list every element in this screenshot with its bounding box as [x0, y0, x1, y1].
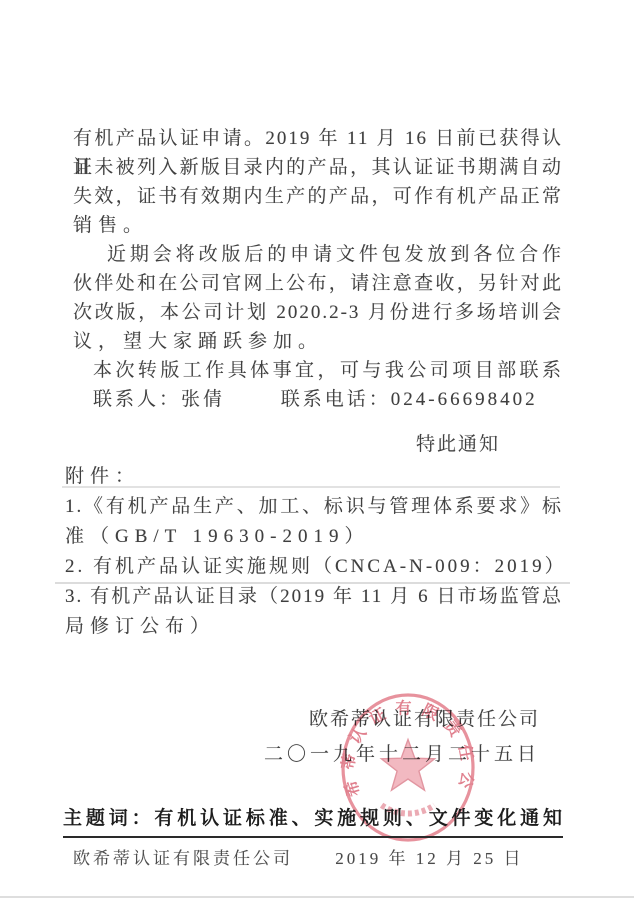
attachment-line: 准（GB/T 19630-2019） — [65, 522, 563, 552]
attachment-line: 3. 有机产品认证目录（2019 年 11 月 6 日市场监管总 — [65, 582, 563, 612]
body-line: 近期会将改版后的申请文件包发放到各位合作 — [73, 240, 563, 269]
attachments-block: 1.《有机产品生产、加工、标识与管理体系要求》标 准（GB/T 19630-20… — [65, 492, 563, 642]
scanned-notice-page: 有机产品认证申请。2019 年 11 月 16 日前已获得认证 且未被列入新版目… — [0, 0, 634, 900]
body-line: 次改版，本公司计划 2020.2-3 月份进行多场培训会 — [73, 298, 563, 327]
body-line: 销售。 — [73, 211, 563, 240]
footer-issuer-line: 欧希蒂认证有限责任公司 2019 年 12 月 25 日 — [73, 847, 613, 871]
body-line: 伙伴处和在公司官网上公布，请注意查收，另针对此 — [73, 269, 563, 298]
signature-date: 二〇一九年十二月二十五日 — [0, 737, 540, 772]
body-line: 议，望大家踊跃参加。 — [73, 327, 563, 356]
contact-person: 联系人：张倩 — [93, 389, 225, 410]
body-line: 失效，证书有效期内生产的产品，可作有机产品正常 — [73, 182, 563, 211]
subject-keywords-line: 主题词：有机认证标准、实施规则、文件变化通知 — [63, 806, 563, 838]
signature-block: 欧希蒂认证有限责任公司 二〇一九年十二月二十五日 — [0, 702, 634, 772]
body-line: 有机产品认证申请。2019 年 11 月 16 日前已获得认证 — [73, 124, 563, 153]
signature-company: 欧希蒂认证有限责任公司 — [0, 702, 540, 737]
body-line: 本次转版工作具体事宜，可与我公司项目部联系 — [73, 356, 563, 385]
contact-phone: 联系电话：024-66698402 — [281, 389, 538, 410]
footer-issuer: 欧希蒂认证有限责任公司 — [73, 849, 293, 868]
body-text-block: 有机产品认证申请。2019 年 11 月 16 日前已获得认证 且未被列入新版目… — [73, 124, 563, 414]
notice-hereby-line: 特此通知 — [73, 430, 563, 459]
footer-date: 2019 年 12 月 25 日 — [335, 849, 523, 868]
contact-line: 联系人：张倩 联系电话：024-66698402 — [73, 385, 563, 414]
attachment-line: 局修订公布） — [65, 612, 563, 642]
body-line: 且未被列入新版目录内的产品，其认证证书期满自动 — [73, 153, 563, 182]
page-edge-line — [0, 896, 634, 898]
attachment-line: 2. 有机产品认证实施规则（CNCA-N-009：2019） — [65, 552, 563, 582]
attachments-label: 附件： — [65, 462, 140, 491]
attachment-line: 1.《有机产品生产、加工、标识与管理体系要求》标 — [65, 492, 563, 522]
